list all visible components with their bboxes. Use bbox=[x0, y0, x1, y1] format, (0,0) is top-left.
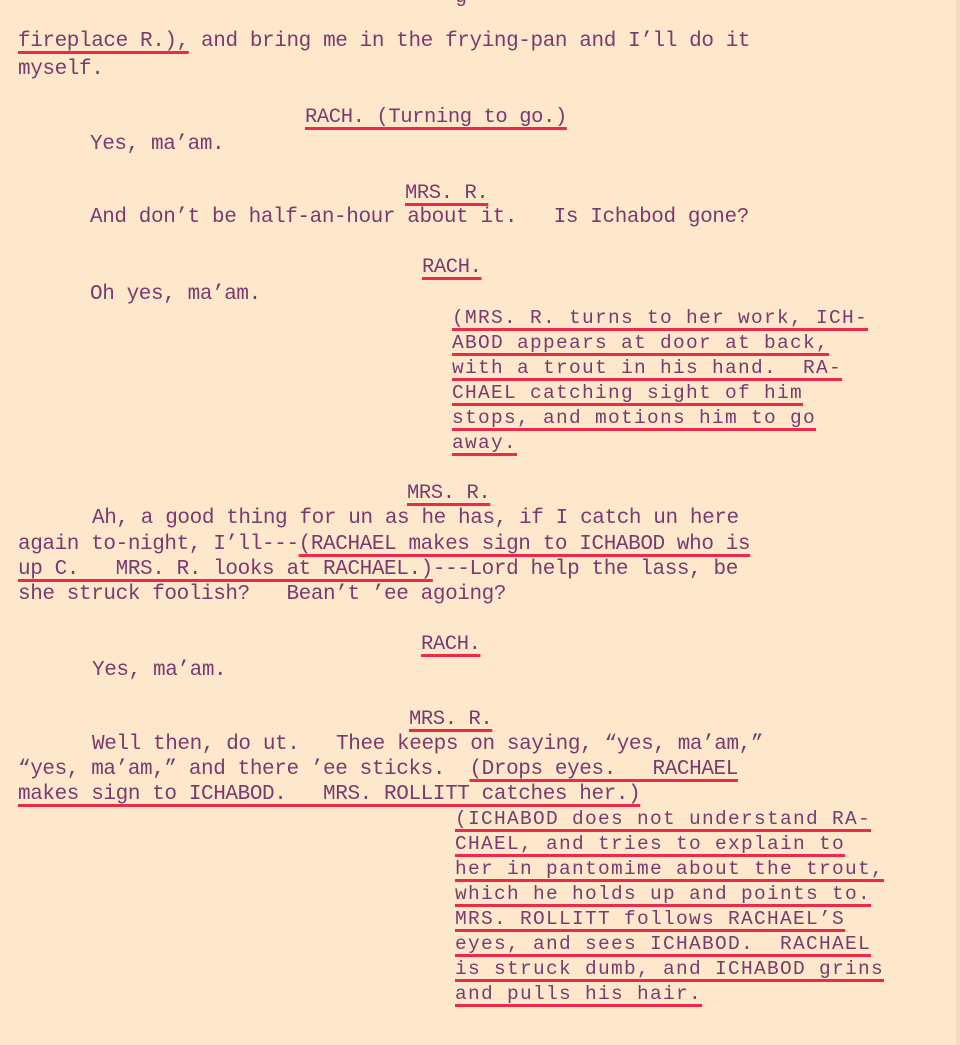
speaker-name: MRS. R. bbox=[407, 482, 490, 506]
dialogue-line: Yes, ma’am. bbox=[90, 133, 224, 157]
page-edge bbox=[956, 0, 960, 1045]
stage-direction-line: ABOD appears at door at back, bbox=[452, 331, 829, 355]
stage-direction-line: (ICHABOD does not understand RA- bbox=[455, 807, 871, 831]
dialogue-line: And don’t be half-an-hour about it. Is I… bbox=[90, 206, 749, 230]
underlined-stage-direction: (RACHAEL makes sign to ICHABOD who is bbox=[299, 533, 750, 556]
stage-direction-line: CHAEL, and tries to explain to bbox=[455, 832, 845, 856]
dialogue-line: myself. bbox=[18, 58, 103, 82]
dialogue-text: ---Lord help the lass, be bbox=[433, 558, 738, 581]
dialogue-line: Well then, do ut. Thee keeps on saying, … bbox=[92, 733, 763, 757]
dialogue-line: Oh yes, ma’am. bbox=[90, 283, 261, 307]
stage-direction-line: stops, and motions him to go bbox=[452, 406, 816, 430]
dialogue-line: fireplace R.), and bring me in the fryin… bbox=[18, 30, 750, 54]
stage-direction-line: MRS. ROLLITT follows RACHAEL’S bbox=[455, 907, 845, 931]
speaker-name: RACH. bbox=[422, 256, 482, 280]
underlined-stage-direction: (Drops eyes. RACHAEL bbox=[469, 758, 737, 781]
dialogue-line: she struck foolish? Bean’t ’ee agoing? bbox=[18, 583, 506, 607]
dialogue-line: up C. MRS. R. looks at RACHAEL.)---Lord … bbox=[18, 558, 738, 582]
stage-direction-line: away. bbox=[452, 431, 517, 455]
stage-direction-line: is struck dumb, and ICHABOD grins bbox=[455, 957, 884, 981]
underlined-stage-direction: up C. MRS. R. looks at RACHAEL.) bbox=[18, 558, 433, 581]
dialogue-text: and bring me in the frying-pan and I’ll … bbox=[189, 30, 750, 53]
script-page: g fireplace R.), and bring me in the fry… bbox=[0, 0, 960, 1045]
stage-direction-line: with a trout in his hand. RA- bbox=[452, 356, 842, 380]
dialogue-line: again to-night, I’ll---(RACHAEL makes si… bbox=[18, 533, 750, 557]
stage-direction-line: CHAEL catching sight of him bbox=[452, 381, 803, 405]
stage-direction-line: which he holds up and points to. bbox=[455, 882, 871, 906]
underlined-stage-direction: makes sign to ICHABOD. MRS. ROLLITT catc… bbox=[18, 783, 640, 806]
speaker-name: MRS. R. bbox=[409, 708, 492, 732]
dialogue-line: makes sign to ICHABOD. MRS. ROLLITT catc… bbox=[18, 783, 640, 807]
stage-direction-line: (MRS. R. turns to her work, ICH- bbox=[452, 306, 868, 330]
speaker-name: MRS. R. bbox=[405, 182, 488, 206]
speaker-name: RACH. (Turning to go.) bbox=[305, 106, 567, 130]
stage-direction-line: eyes, and sees ICHABOD. RACHAEL bbox=[455, 932, 871, 956]
dialogue-text: again to-night, I’ll--- bbox=[18, 533, 299, 556]
dialogue-text: “yes, ma’am,” and there ’ee sticks. bbox=[18, 758, 469, 781]
stage-direction-line: her in pantomime about the trout, bbox=[455, 857, 884, 881]
cropped-previous-line-fragment: g bbox=[455, 0, 467, 9]
dialogue-line: Yes, ma’am. bbox=[92, 659, 226, 683]
dialogue-line: Ah, a good thing for un as he has, if I … bbox=[92, 507, 739, 531]
speaker-name: RACH. bbox=[421, 633, 481, 657]
stage-direction-line: and pulls his hair. bbox=[455, 982, 702, 1006]
dialogue-line: “yes, ma’am,” and there ’ee sticks. (Dro… bbox=[18, 758, 738, 782]
underlined-stage-direction: fireplace R.), bbox=[18, 30, 189, 53]
